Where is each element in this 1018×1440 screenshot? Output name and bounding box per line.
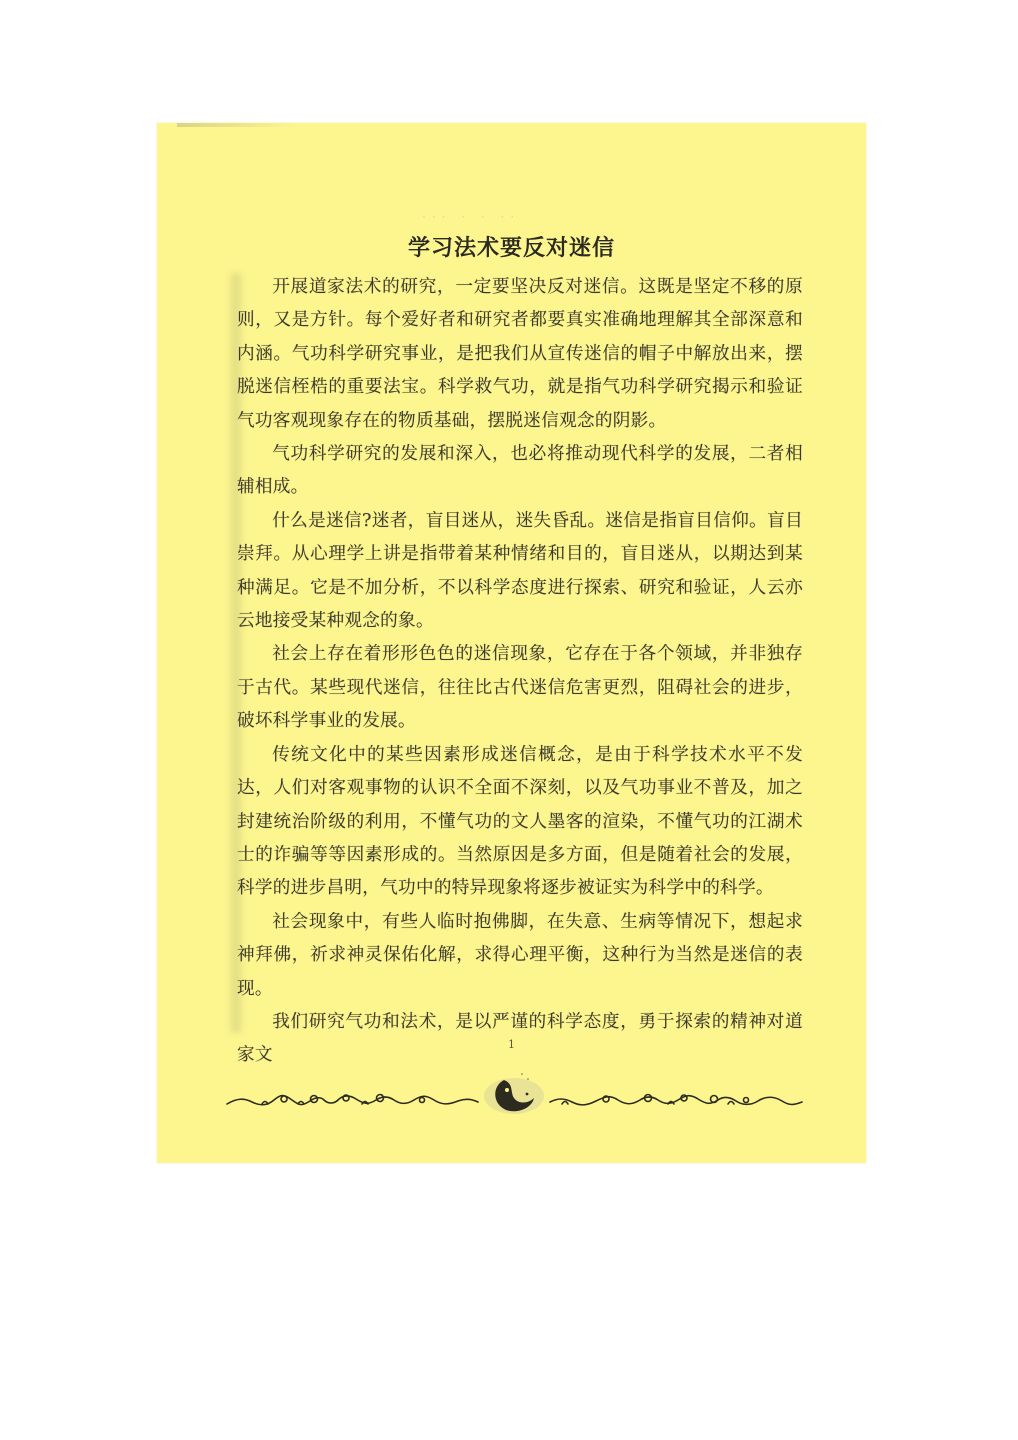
paragraph: 社会上存在着形形色色的迷信现象，它存在于各个领域，并非独存于古代。某些现代迷信，… bbox=[237, 638, 803, 738]
paragraph: 传统文化中的某些因素形成迷信概念，是由于科学技术水平不发达，人们对客观事物的认识… bbox=[237, 739, 803, 906]
paragraph: 气功科学研究的发展和深入，也必将推动现代科学的发展，二者相辅相成。 bbox=[237, 438, 803, 505]
taiji-swirl-ornament-icon bbox=[222, 1068, 807, 1118]
paragraph: 什么是迷信?迷者，盲目迷从，迷失昏乱。迷信是指盲目信仰。盲目崇拜。从心理学上讲是… bbox=[237, 505, 803, 639]
body-text: 开展道家法术的研究，一定要坚决反对迷信。这既是坚定不移的原则，又是方针。每个爱好… bbox=[237, 271, 803, 1073]
page-number: 1 bbox=[157, 1038, 866, 1051]
scanned-book-page: ··· · · ·· 学习法术要反对迷信 开展道家法术的研究，一定要坚决反对迷信… bbox=[157, 123, 866, 1163]
chapter-title: 学习法术要反对迷信 bbox=[157, 231, 866, 262]
bleed-through-text: ··· · · ·· bbox=[422, 210, 520, 224]
paragraph: 开展道家法术的研究，一定要坚决反对迷信。这既是坚定不移的原则，又是方针。每个爱好… bbox=[237, 271, 803, 438]
paragraph: 社会现象中，有些人临时抱佛脚，在失意、生病等情况下，想起求神拜佛，祈求神灵保佑化… bbox=[237, 906, 803, 1006]
scan-edge-shadow bbox=[177, 123, 297, 127]
